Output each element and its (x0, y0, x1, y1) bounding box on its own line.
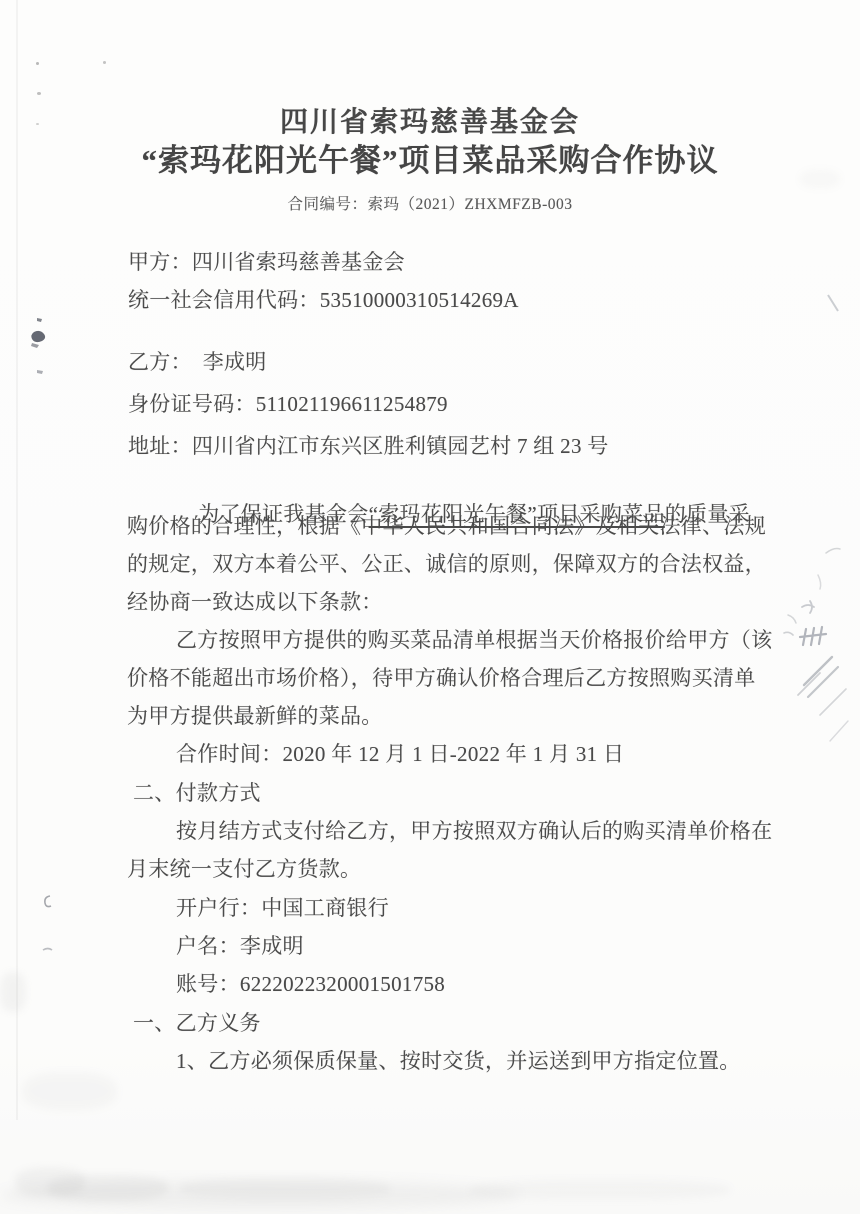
party-a-name: 甲方：四川省索玛慈善基金会 (128, 249, 405, 275)
quote-clause-line-2: 价格不能超出市场价格），待甲方确认价格合理后乙方按照购买清单 (127, 665, 756, 691)
scanned-contract-page: 四川省索玛慈善基金会 “索玛花阳光午餐”项目菜品采购合作协议 合同编号：索玛（2… (0, 0, 860, 1214)
quote-clause-line-3: 为甲方提供最新鲜的菜品。 (127, 703, 383, 729)
document-title-organization: 四川省索玛慈善基金会 (0, 110, 860, 136)
section-heading-payment: 二、付款方式 (133, 780, 261, 806)
account-number: 账号：6222022320001501758 (176, 971, 445, 997)
pencil-tick-artifact (824, 292, 844, 316)
scan-smudge-artifact (22, 1072, 117, 1110)
document-title-agreement: “索玛花阳光午餐”项目菜品采购合作协议 (0, 148, 860, 174)
intro-line-3: 的规定，双方本着公平、公正、诚信的原则，保障双方的合法权益， (127, 551, 766, 577)
cooperation-time: 合作时间：2020 年 12 月 1 日-2022 年 1 月 31 日 (176, 741, 624, 767)
scan-smudge-artifact (470, 1180, 730, 1200)
ink-blot-artifact (28, 315, 52, 377)
payment-line-1: 按月结方式支付给乙方，甲方按照双方确认后的购买清单价格在 (176, 818, 772, 844)
intro-line-2: 购价格的合理性，根据《中华人民共和国合同法》及相关法律、法规 (127, 513, 766, 539)
account-holder-name: 户名：李成明 (176, 933, 304, 959)
party-b-address: 地址：四川省内江市东兴区胜利镇园艺村 7 组 23 号 (128, 433, 609, 459)
payment-line-2: 月末统一支付乙方货款。 (127, 856, 361, 882)
scanner-bottom-shadow-artifact (0, 1180, 520, 1210)
scan-smudge-artifact (180, 1178, 390, 1200)
scan-smudge-artifact (48, 1175, 168, 1201)
ink-mark-artifact (40, 892, 56, 962)
scan-smudge-artifact (15, 1168, 85, 1196)
party-a-credit-code: 统一社会信用代码：53510000310514269A (128, 287, 519, 313)
party-b-id-number: 身份证号码：511021196611254879 (128, 391, 448, 417)
intro-line-4: 经协商一致达成以下条款： (127, 589, 383, 615)
ink-speck-artifact (36, 62, 39, 65)
contract-number: 合同编号：索玛（2021）ZHXMFZB-003 (0, 192, 860, 218)
duty-line-1: 1、乙方必须保质保量、按时交货，并运送到甲方指定位置。 (176, 1048, 741, 1074)
party-b-name: 乙方： 李成明 (128, 349, 267, 375)
scan-smudge-artifact (0, 972, 26, 1012)
section-heading-party-b-duty: 一、乙方义务 (133, 1010, 261, 1036)
ink-speck-artifact (37, 92, 41, 95)
quote-clause-line-1: 乙方按照甲方提供的购买菜品清单根据当天价格报价给甲方（该 (176, 627, 772, 653)
ink-speck-artifact (103, 61, 106, 64)
bank-name: 开户行：中国工商银行 (176, 895, 389, 921)
handwriting-bleedthrough-artifact (768, 545, 860, 755)
